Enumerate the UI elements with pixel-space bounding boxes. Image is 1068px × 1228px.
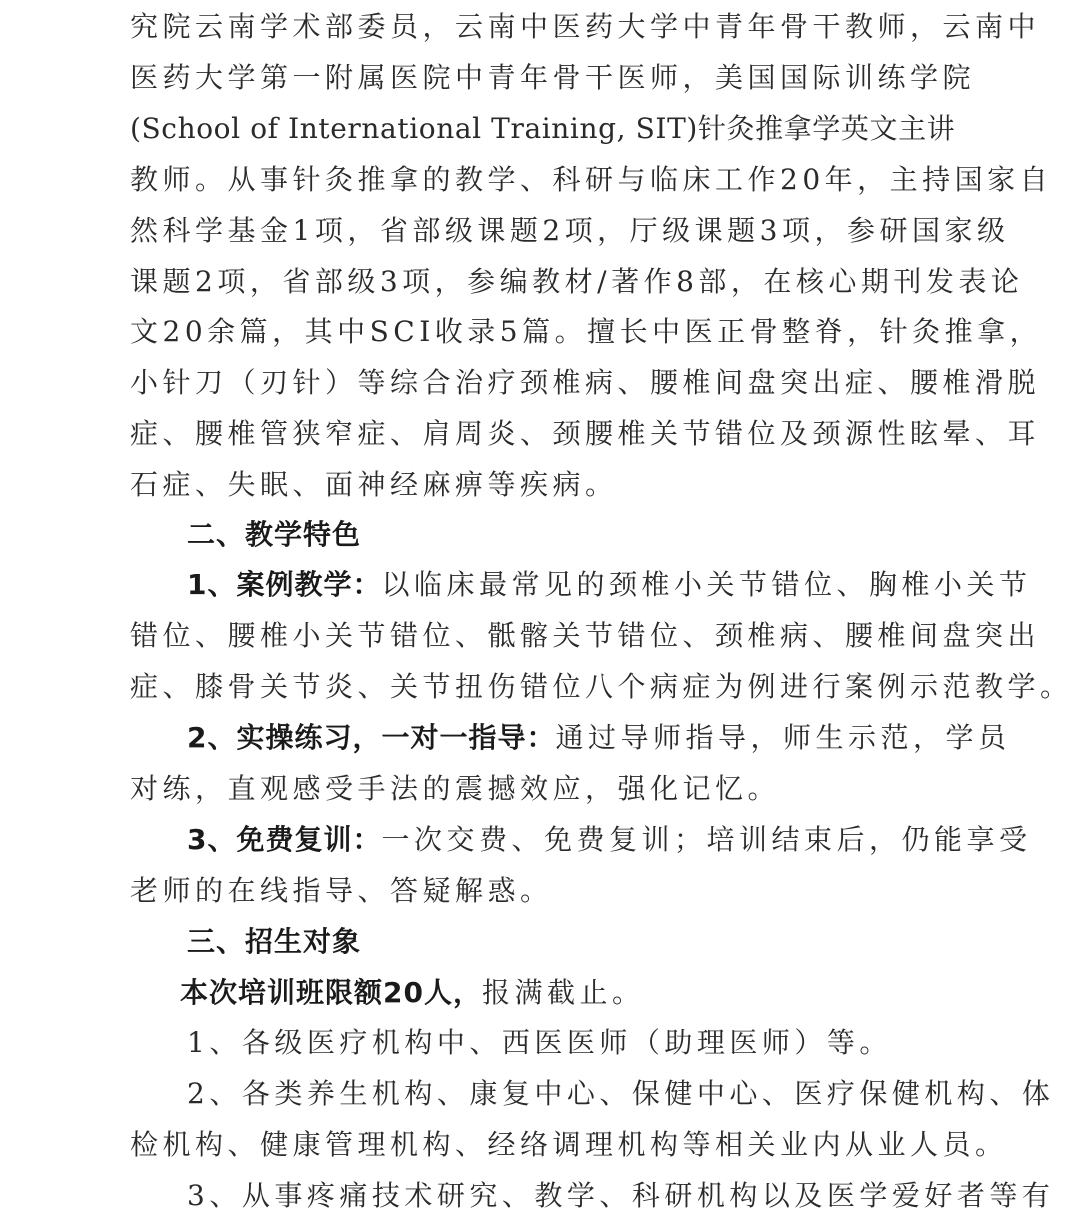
- teaching-item-1: 1、案例教学：以临床最常见的颈椎小关节错位、胸椎小关节: [187, 567, 960, 603]
- bio-line: 症、腰椎管狭窄症、肩周炎、颈腰椎关节错位及颈源性眩晕、耳: [130, 416, 960, 452]
- bio-line: 然科学基金1项，省部级课题2项，厅级课题3项，参研国家级: [130, 213, 960, 249]
- teaching-item-text: 一次交费、免费复训；培训结束后，仍能享受: [381, 823, 1031, 856]
- bio-line: 课题2项，省部级3项，参编教材/著作8部，在核心期刊发表论: [130, 264, 960, 300]
- section-heading-enrollment-target: 三、招生对象: [187, 924, 960, 960]
- quota-bold-text: 本次培训班限额20人，: [180, 976, 482, 1009]
- teaching-item-continuation: 错位、腰椎小关节错位、骶髂关节错位、颈椎病、腰椎间盘突出: [130, 618, 960, 654]
- teaching-item-lead: 3、免费复训：: [187, 823, 381, 856]
- enrollment-item-1: 1、各级医疗机构中、西医医师（助理医师）等。: [187, 1025, 960, 1061]
- enrollment-item-3: 3、从事疼痛技术研究、教学、科研机构以及医学爱好者等有: [187, 1178, 960, 1214]
- enrollment-item-2: 2、各类养生机构、康复中心、保健中心、医疗保健机构、体: [187, 1076, 960, 1112]
- teaching-item-2: 2、实操练习，一对一指导：通过导师指导，师生示范，学员: [187, 720, 960, 756]
- bio-line: 教师。从事针灸推拿的教学、科研与临床工作20年，主持国家自: [130, 162, 960, 198]
- bio-line: 小针刀（刃针）等综合治疗颈椎病、腰椎间盘突出症、腰椎滑脱: [130, 365, 960, 401]
- bio-line: 石症、失眠、面神经麻痹等疾病。: [130, 467, 960, 503]
- teaching-item-text: 以临床最常见的颈椎小关节错位、胸椎小关节: [381, 568, 1031, 601]
- teaching-item-lead: 1、案例教学：: [187, 568, 381, 601]
- teaching-item-continuation: 症、膝骨关节炎、关节扭伤错位八个病症为例进行案例示范教学。: [130, 669, 960, 705]
- quota-rest-text: 报满截止。: [482, 976, 645, 1009]
- teaching-item-3: 3、免费复训：一次交费、免费复训；培训结束后，仍能享受: [187, 822, 960, 858]
- enrollment-quota: 本次培训班限额20人，报满截止。: [180, 975, 960, 1011]
- document-page: 究院云南学术部委员，云南中医药大学中青年骨干教师，云南中 医药大学第一附属医院中…: [0, 0, 1068, 1228]
- teaching-item-lead: 2、实操练习，一对一指导：: [187, 721, 555, 754]
- teaching-item-continuation: 对练，直观感受手法的震撼效应，强化记忆。: [130, 771, 960, 807]
- bio-line: 医药大学第一附属医院中青年骨干医师，美国国际训练学院: [130, 60, 960, 96]
- teaching-item-continuation: 老师的在线指导、答疑解惑。: [130, 873, 960, 909]
- teaching-item-text: 通过导师指导，师生示范，学员: [555, 721, 1010, 754]
- bio-line: 究院云南学术部委员，云南中医药大学中青年骨干教师，云南中: [130, 9, 960, 45]
- bio-line: (School of International Training, SIT)针…: [130, 111, 960, 147]
- enrollment-item-continuation: 检机构、健康管理机构、经络调理机构等相关业内从业人员。: [130, 1127, 960, 1163]
- bio-line: 文20余篇，其中SCI收录5篇。擅长中医正骨整脊，针灸推拿，: [130, 314, 960, 350]
- section-heading-teaching-features: 二、教学特色: [187, 517, 960, 553]
